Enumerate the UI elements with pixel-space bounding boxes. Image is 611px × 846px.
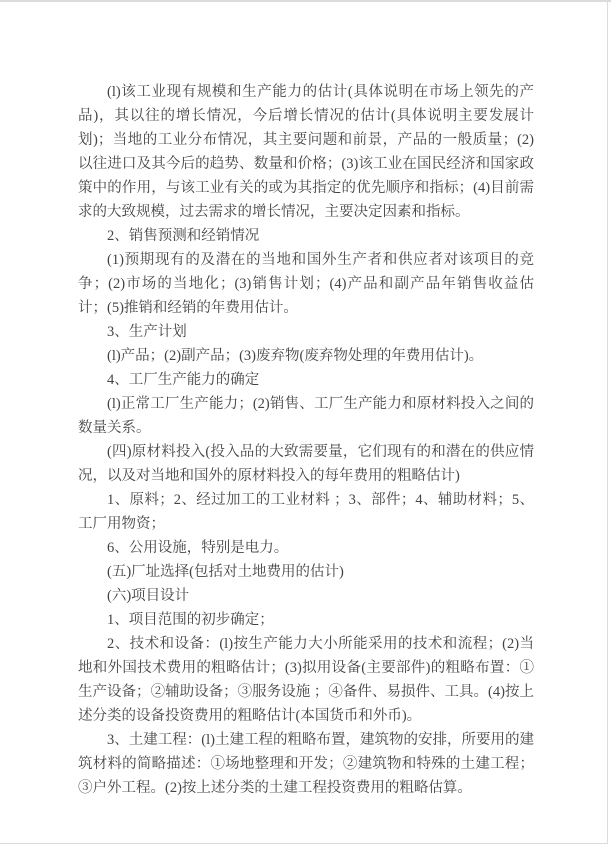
paragraph: 6、公用设施，特别是电力。 [78,536,534,560]
paragraph: 3、土建工程：(l)土建工程的粗略布置，建筑物的安排，所要用的建筑材料的简略描述… [78,728,534,800]
paragraph: (四)原材料投入(投入品的大致需要量，它们现有的和潜在的供应情况，以及对当地和国… [78,440,534,488]
paragraph: 2、销售预测和经销情况 [78,224,534,248]
paragraph: 2、技术和设备：(l)按生产能力大小所能采用的技术和流程；(2)当地和外国技术费… [78,632,534,728]
document-body: (l)该工业现有规模和生产能力的估计(具体说明在市场上领先的产品)，其以往的增长… [78,80,534,800]
paragraph: 1、项目范围的初步确定； [78,608,534,632]
paragraph: (l)产品；(2)副产品；(3)废弃物(废弃物处理的年费用估计)。 [78,344,534,368]
page-top-border [0,0,611,2]
paragraph: 4、工厂生产能力的确定 [78,368,534,392]
paragraph: (五)厂址选择(包括对土地费用的估计) [78,560,534,584]
paragraph: 1、原料；2、经过加工的工业材料 ；3、部件；4、辅助材料；5、工厂用物资； [78,488,534,536]
page-bottom-border [0,843,608,844]
document-page: (l)该工业现有规模和生产能力的估计(具体说明在市场上领先的产品)，其以往的增长… [0,0,611,846]
paragraph: (六)项目设计 [78,584,534,608]
paragraph: (l)该工业现有规模和生产能力的估计(具体说明在市场上领先的产品)，其以往的增长… [78,80,534,224]
page-right-border [607,2,608,843]
paragraph: (1)预期现有的及潜在的当地和国外生产者和供应者对该项目的竞争；(2)市场的当地… [78,248,534,320]
paragraph: (l)正常工厂生产能力；(2)销售、工厂生产能力和原材料投入之间的数量关系。 [78,392,534,440]
paragraph: 3、生产计划 [78,320,534,344]
